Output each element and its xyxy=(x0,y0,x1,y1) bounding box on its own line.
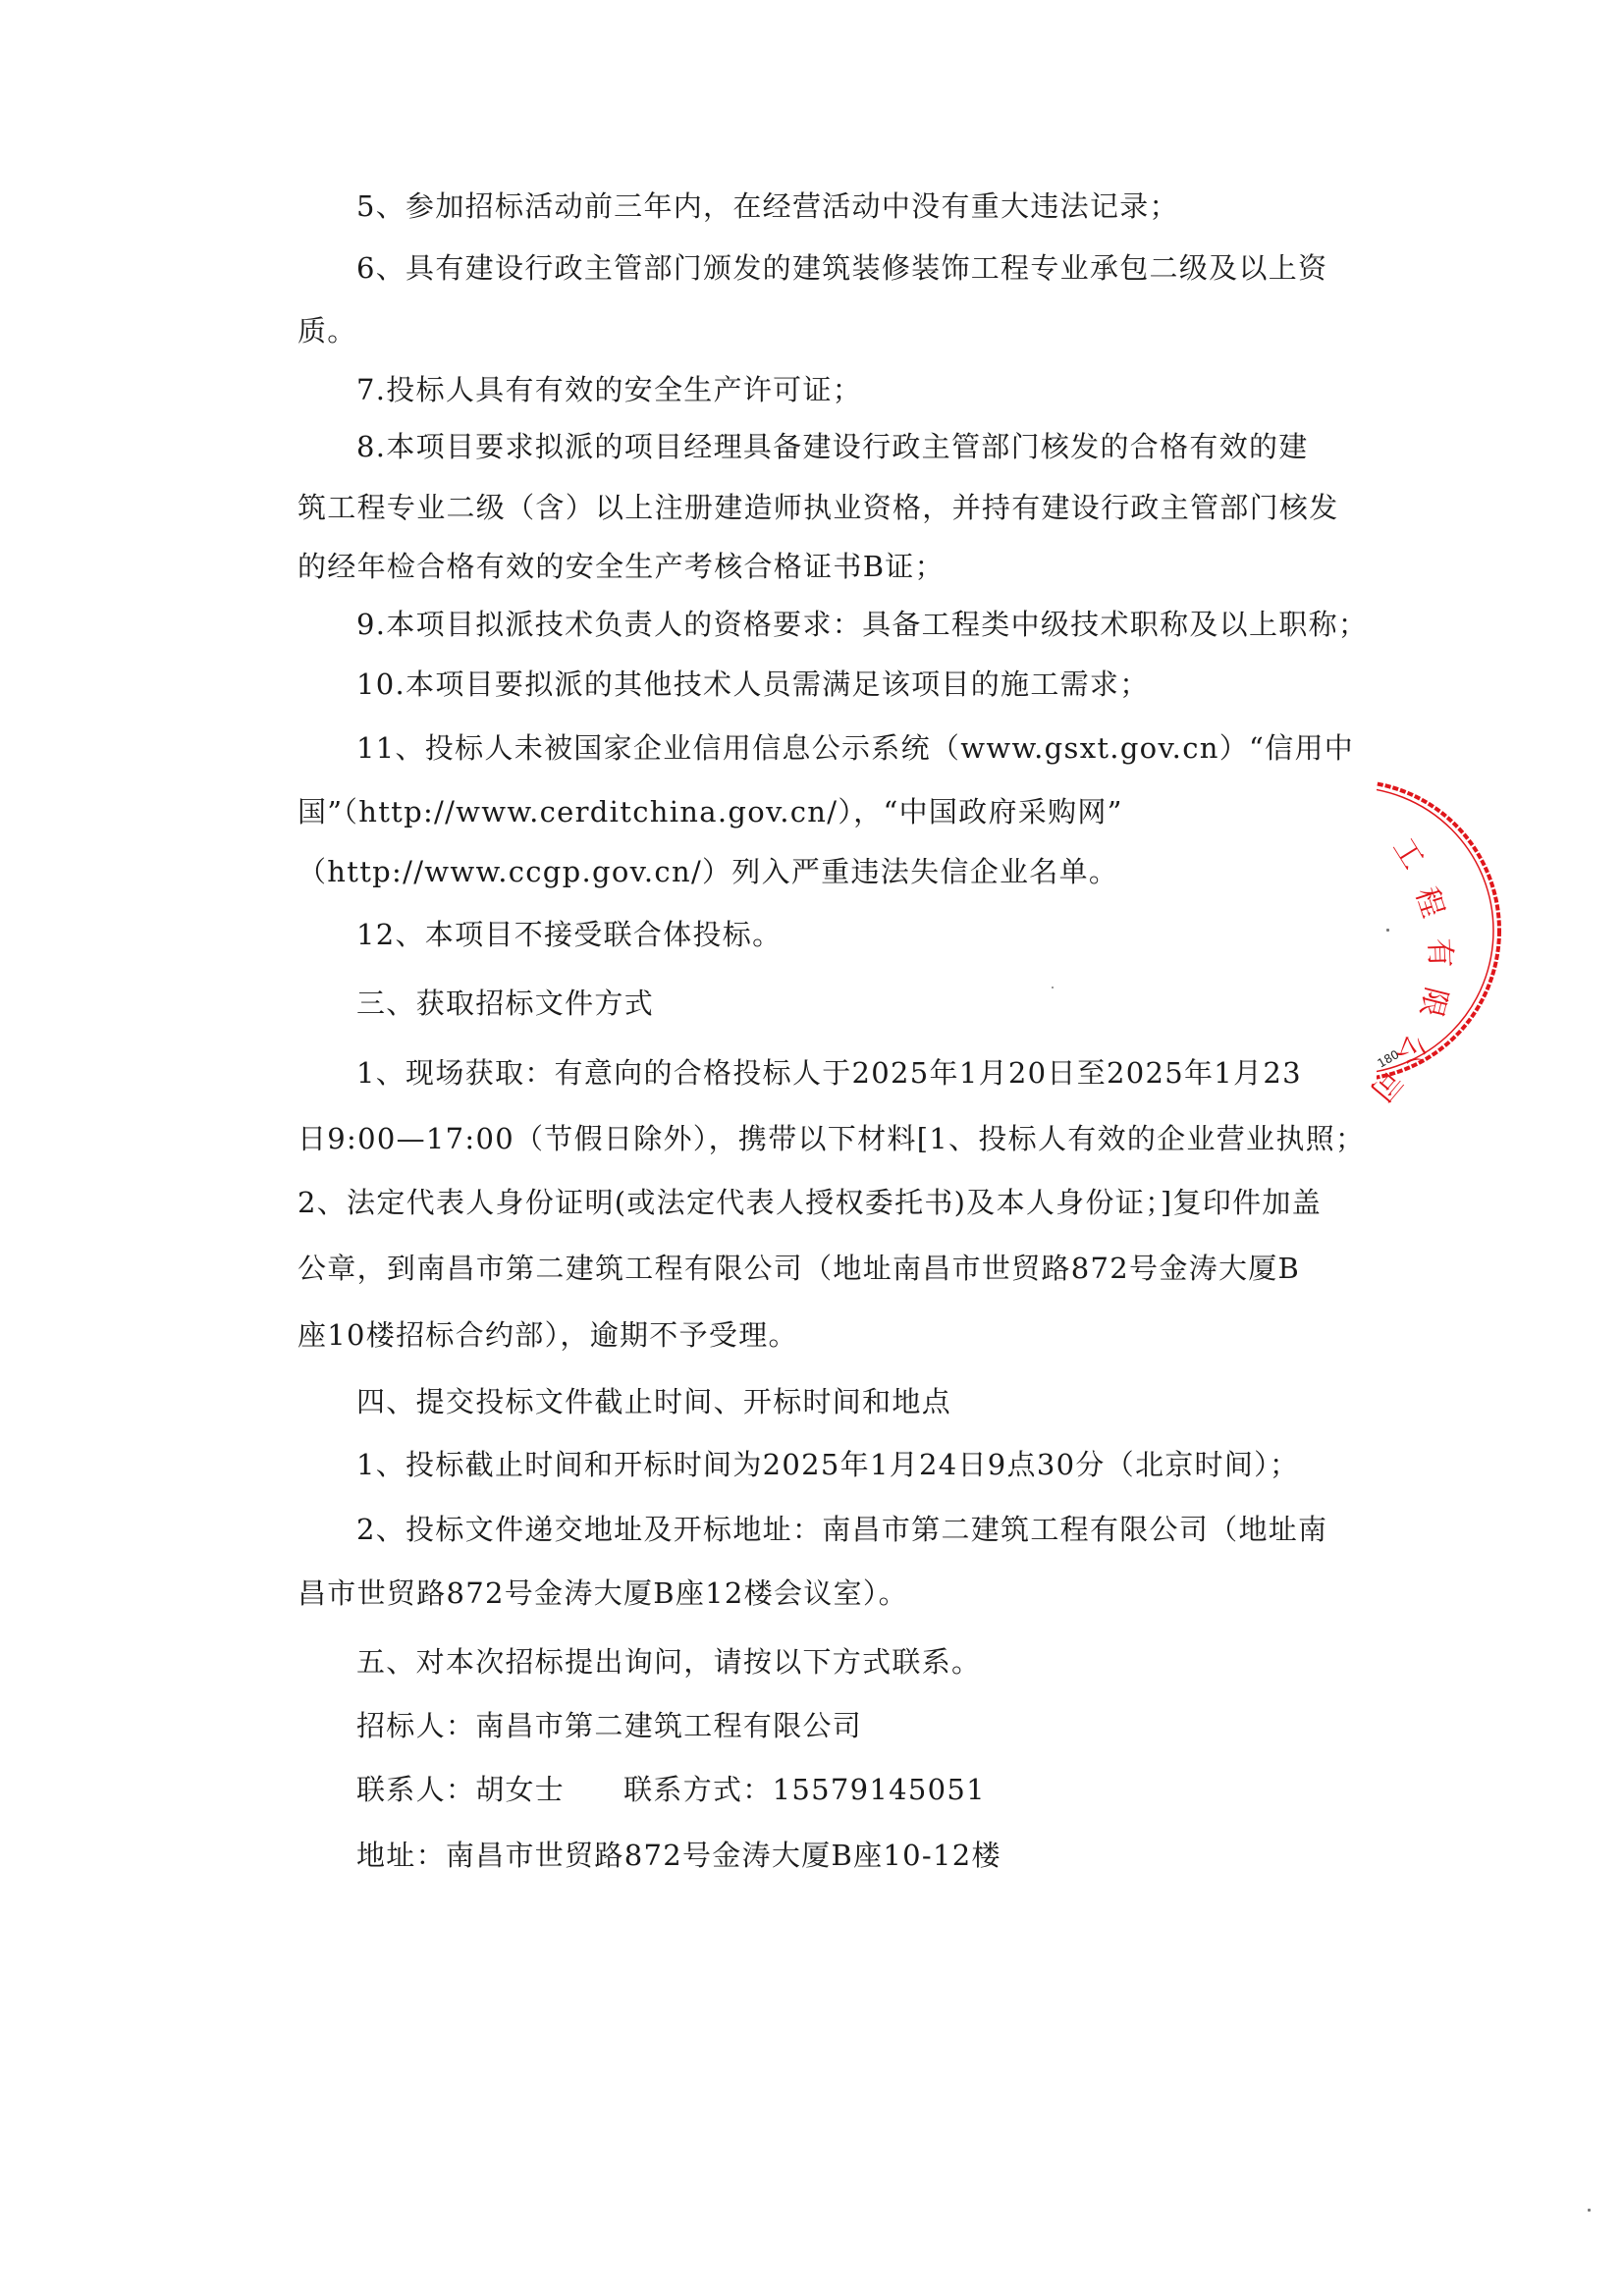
requirement-item-8: 8.本项目要求拟派的项目经理具备建设行政主管部门核发的合格有效的建 xyxy=(356,427,1427,466)
section-4-item-2: 2、投标文件递交地址及开标地址：南昌市第二建筑工程有限公司（地址南 xyxy=(356,1510,1427,1549)
requirement-item-9: 9.本项目拟派技术负责人的资格要求：具备工程类中级技术职称及以上职称； xyxy=(356,605,1427,644)
phone-label: 联系方式： xyxy=(623,1773,773,1806)
requirement-item-11: 11、投标人未被国家企业信用信息公示系统（www.gsxt.gov.cn）“信用… xyxy=(356,728,1427,768)
requirement-item-6-cont: 质。 xyxy=(298,311,1368,350)
svg-text:有: 有 xyxy=(1422,937,1457,968)
section-3-heading: 三、获取招标文件方式 xyxy=(356,984,1427,1023)
section-3-para-cont2: 2、法定代表人身份证明(或法定代表人授权委托书)及本人身份证；]复印件加盖 xyxy=(298,1183,1368,1222)
svg-text:程: 程 xyxy=(1408,883,1450,922)
phone-value: 15579145051 xyxy=(773,1773,986,1806)
tenderer-value: 南昌市第二建筑工程有限公司 xyxy=(475,1709,862,1742)
requirement-item-11-cont2: （http://www.ccgp.gov.cn/）列入严重违法失信企业名单。 xyxy=(298,852,1368,891)
section-4-item-2-cont: 昌市世贸路872号金涛大厦B座12楼会议室）。 xyxy=(298,1574,1368,1613)
requirement-item-8-cont: 筑工程专业二级（含）以上注册建造师执业资格，并持有建设行政主管部门核发 xyxy=(298,488,1368,527)
section-4-item-1: 1、投标截止时间和开标时间为2025年1月24日9点30分（北京时间）； xyxy=(356,1445,1427,1484)
scan-speck xyxy=(1052,987,1054,988)
seal-ring-icon: 工 程 有 限 公 司 180 xyxy=(1355,756,1623,1109)
requirement-item-8-cont2: 的经年检合格有效的安全生产考核合格证书B证； xyxy=(298,547,1368,586)
section-3-para-cont3: 公章，到南昌市第二建筑工程有限公司（地址南昌市世贸路872号金涛大厦B xyxy=(298,1249,1368,1288)
requirement-item-11-cont: 国”（http://www.cerditchina.gov.cn/），“中国政府… xyxy=(298,792,1368,831)
scan-speck xyxy=(1588,2209,1591,2212)
section-3-para-cont: 日9:00—17:00（节假日除外），携带以下材料[1、投标人有效的企业营业执照… xyxy=(298,1119,1368,1158)
requirement-item-7: 7.投标人具有有效的安全生产许可证； xyxy=(356,370,1427,409)
address-label: 地址： xyxy=(356,1839,446,1872)
section-3-para-cont4: 座10楼招标合约部），逾期不予受理。 xyxy=(298,1315,1368,1355)
requirement-item-10: 10.本项目要拟派的其他技术人员需满足该项目的施工需求； xyxy=(356,665,1427,704)
tenderer-row: 招标人：南昌市第二建筑工程有限公司 xyxy=(356,1706,1427,1745)
requirement-item-6: 6、具有建设行政主管部门颁发的建筑装修装饰工程专业承包二级及以上资 xyxy=(356,248,1427,288)
address-value: 南昌市世贸路872号金涛大厦B座10-12楼 xyxy=(446,1839,1001,1872)
address-row: 地址：南昌市世贸路872号金涛大厦B座10-12楼 xyxy=(356,1836,1427,1875)
tenderer-label: 招标人： xyxy=(356,1709,475,1742)
svg-text:限: 限 xyxy=(1413,984,1453,1021)
document-page: 5、参加招标活动前三年内，在经营活动中没有重大违法记录； 6、具有建设行政主管部… xyxy=(0,0,1623,2296)
requirement-item-5: 5、参加招标活动前三年内，在经营活动中没有重大违法记录； xyxy=(356,187,1427,226)
requirement-item-12: 12、本项目不接受联合体投标。 xyxy=(356,915,1427,954)
scan-speck xyxy=(1386,929,1389,932)
contact-label: 联系人： xyxy=(356,1773,475,1806)
contact-value: 胡女士 xyxy=(475,1773,565,1806)
section-3-para: 1、现场获取：有意向的合格投标人于2025年1月20日至2025年1月23 xyxy=(356,1053,1427,1093)
section-4-heading: 四、提交投标文件截止时间、开标时间和地点 xyxy=(356,1382,1427,1421)
section-5-heading: 五、对本次招标提出询问，请按以下方式联系。 xyxy=(356,1642,1427,1682)
company-seal-stamp: 工 程 有 限 公 司 180 xyxy=(1355,756,1623,1109)
svg-text:工: 工 xyxy=(1385,832,1431,876)
contact-row: 联系人：胡女士联系方式：15579145051 xyxy=(356,1770,1427,1809)
